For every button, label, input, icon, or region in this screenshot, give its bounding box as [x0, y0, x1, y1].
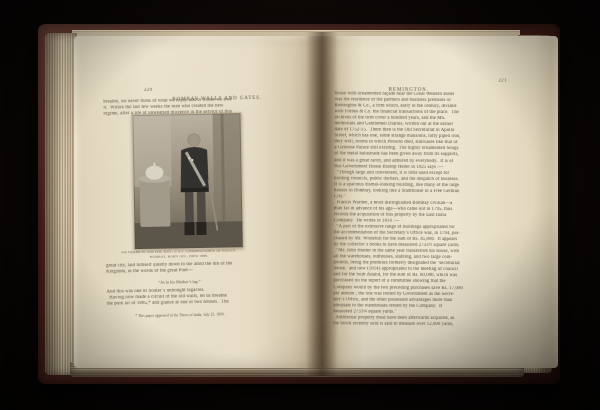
uniform-belt: [181, 188, 209, 192]
portrait-photo-art: [132, 113, 242, 249]
figure-leg-left: [185, 192, 194, 224]
right-page: REMINGTON. 221 house with ornamented faç…: [321, 36, 558, 368]
page-edges-left: [45, 33, 77, 375]
portrait-photograph: [131, 112, 243, 250]
left-page: 220 BOMBAY WALLS AND GATES. breathe, we …: [74, 36, 321, 368]
photo-caption: SIR FRANK H. SOUTER, KNT., C.S.I., COMMI…: [92, 248, 266, 260]
figure-boot-left: [184, 222, 194, 235]
text-line: the pure air of 1885,* and glance at one…: [107, 299, 253, 308]
book-gutter-shadow: [306, 32, 338, 376]
book-photograph-scene: 220 BOMBAY WALLS AND GATES. breathe, we …: [0, 0, 600, 410]
left-closing-paragraph: And this was one of Souter’s unbought le…: [107, 287, 253, 308]
text-line: Kingdom, in the words of the great Poet—: [106, 267, 252, 276]
figure-boot-right: [196, 222, 206, 235]
left-page-content: 220 BOMBAY WALLS AND GATES. breathe, we …: [74, 36, 321, 368]
figure-leg-right: [197, 192, 206, 224]
right-page-content: REMINGTON. 221 house with ornamented faç…: [321, 36, 558, 368]
left-continuation-paragraph: great city, laid himself quietly down to…: [106, 261, 252, 276]
poem-quote: “As in his Mother’s lap.”: [106, 278, 252, 286]
text-line: the block recently sold is said to measu…: [333, 321, 515, 328]
draped-table: [140, 178, 171, 227]
right-body-text: house with ornamented façade near the Gr…: [333, 91, 517, 328]
right-page-number: 221: [498, 78, 506, 83]
left-page-number: 220: [144, 88, 152, 93]
open-book: 220 BOMBAY WALLS AND GATES. breathe, we …: [38, 24, 560, 384]
footnote: * This paper appeared in the Times of In…: [107, 312, 253, 319]
